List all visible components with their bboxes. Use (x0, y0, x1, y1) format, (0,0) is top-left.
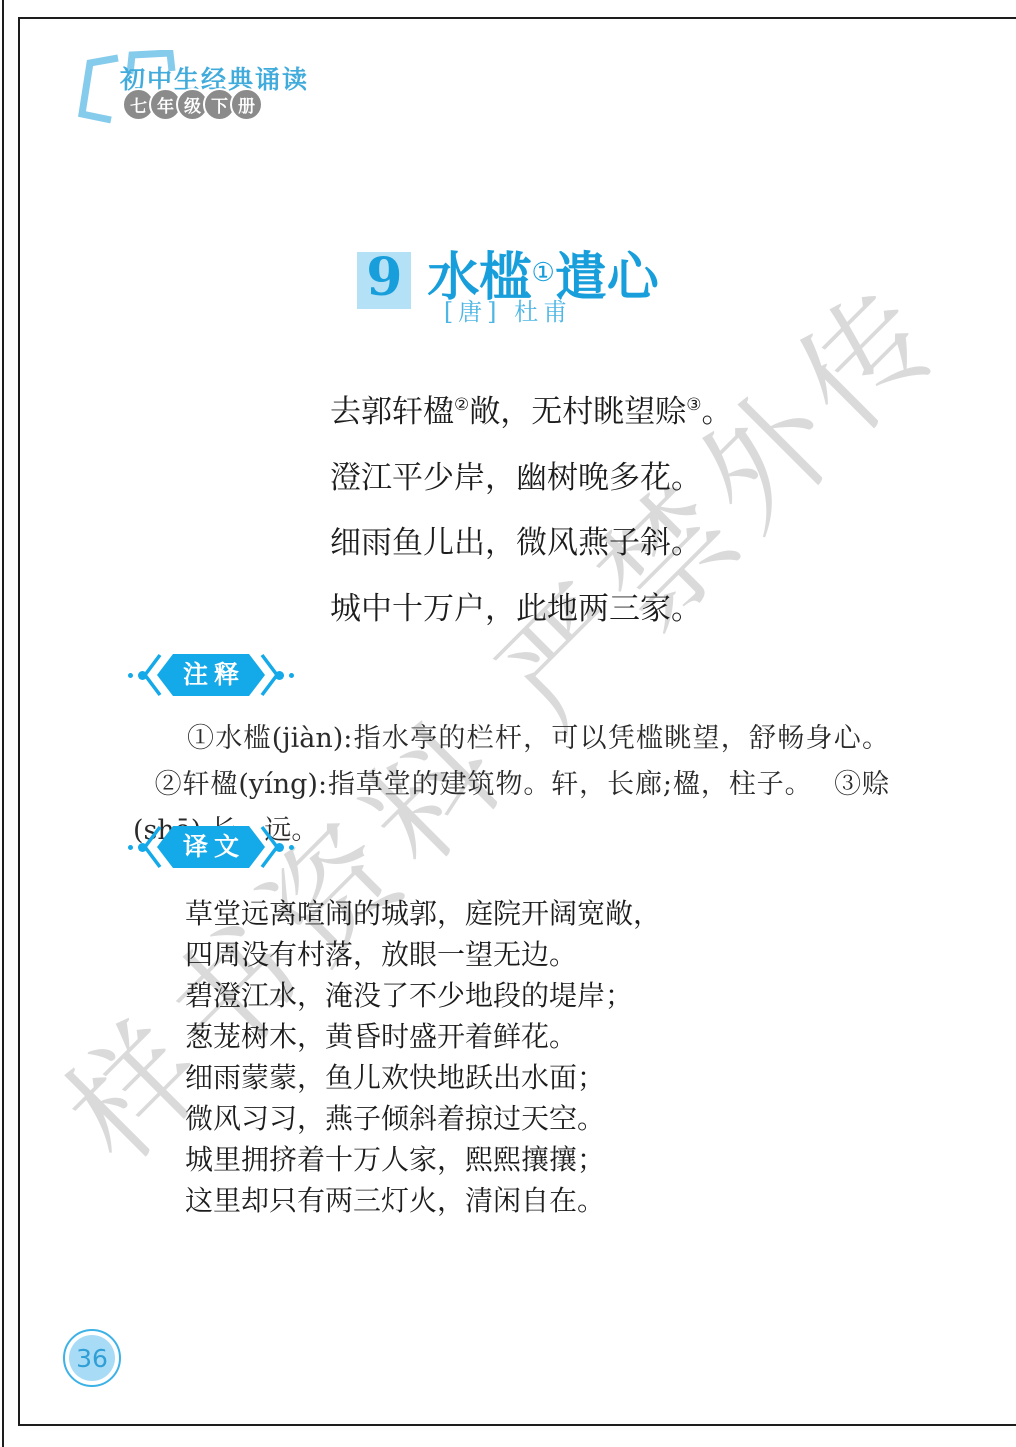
dot-decoration (128, 845, 133, 850)
series-logo: 初中生经典诵读 七 年 级 下 册 (78, 48, 298, 128)
translation-line: 这里却只有两三灯火，清闲自在。 (185, 1180, 661, 1221)
footnote-ref-3: ③ (686, 395, 701, 415)
page-number-badge: 36 (63, 1329, 121, 1387)
translation-heading-badge: 译文 (128, 824, 294, 870)
translation: 草堂远离喧闹的城郭，庭院开阔宽敞， 四周没有村落，放眼一望无边。 碧澄江水，淹没… (185, 893, 661, 1221)
translation-line: 葱茏树木，黄昏时盛开着鲜花。 (185, 1016, 661, 1057)
translation-heading: 译文 (157, 826, 265, 868)
dot-decoration (275, 843, 284, 852)
poem-line-4: 城中十万户，此地两三家。 (330, 577, 733, 643)
footnote-ref-1: ① (531, 258, 554, 288)
poem-text: 。 (702, 394, 733, 430)
poem-text: 去郭轩楹 (330, 394, 454, 430)
note-item-1: ①水槛(jiàn):指水亭的栏杆，可以凭槛眺望，舒畅身心。 (187, 723, 889, 754)
book-page: 样书资料 严禁外传 初中生经典诵读 七 年 级 下 册 9水槛①遣心 [唐] 杜… (0, 0, 1016, 1447)
page-content: 初中生经典诵读 七 年 级 下 册 9水槛①遣心 [唐] 杜甫 去郭轩楹②敞，无… (0, 0, 1016, 1447)
translation-line: 碧澄江水，淹没了不少地段的堤岸； (185, 975, 661, 1016)
note-item-2: ②轩楹(yíng):指草堂的建筑物。轩，长廊;楹，柱子。 (155, 769, 813, 800)
poem-line-1: 去郭轩楹②敞，无村眺望赊③。 (330, 373, 733, 446)
dot-decoration (289, 845, 294, 850)
translation-line: 草堂远离喧闹的城郭，庭院开阔宽敞， (185, 893, 661, 934)
notes-heading: 注释 (157, 654, 265, 696)
page-number: 36 (69, 1335, 115, 1381)
notes-heading-badge: 注释 (128, 652, 294, 698)
translation-line: 四周没有村落，放眼一望无边。 (185, 934, 661, 975)
poem-line-3: 细雨鱼儿出，微风燕子斜。 (330, 511, 733, 577)
footnote-ref-2: ② (454, 395, 469, 415)
poem-line-2: 澄江平少岸，幽树晚多花。 (330, 446, 733, 512)
translation-line: 微风习习，燕子倾斜着掠过天空。 (185, 1098, 661, 1139)
dot-decoration (128, 673, 133, 678)
poem: 去郭轩楹②敞，无村眺望赊③。 澄江平少岸，幽树晚多花。 细雨鱼儿出，微风燕子斜。… (330, 373, 733, 642)
dot-decoration (289, 673, 294, 678)
volume-badge: 七 年 级 下 册 (122, 88, 263, 121)
translation-line: 城里拥挤着十万人家，熙熙攘攘； (185, 1139, 661, 1180)
author-line: [唐] 杜甫 (0, 292, 1016, 327)
translation-line: 细雨蒙蒙，鱼儿欢快地跃出水面； (185, 1057, 661, 1098)
dot-decoration (275, 671, 284, 680)
volume-badge-char: 册 (230, 88, 263, 121)
poem-text: 敞，无村眺望赊 (469, 394, 686, 430)
